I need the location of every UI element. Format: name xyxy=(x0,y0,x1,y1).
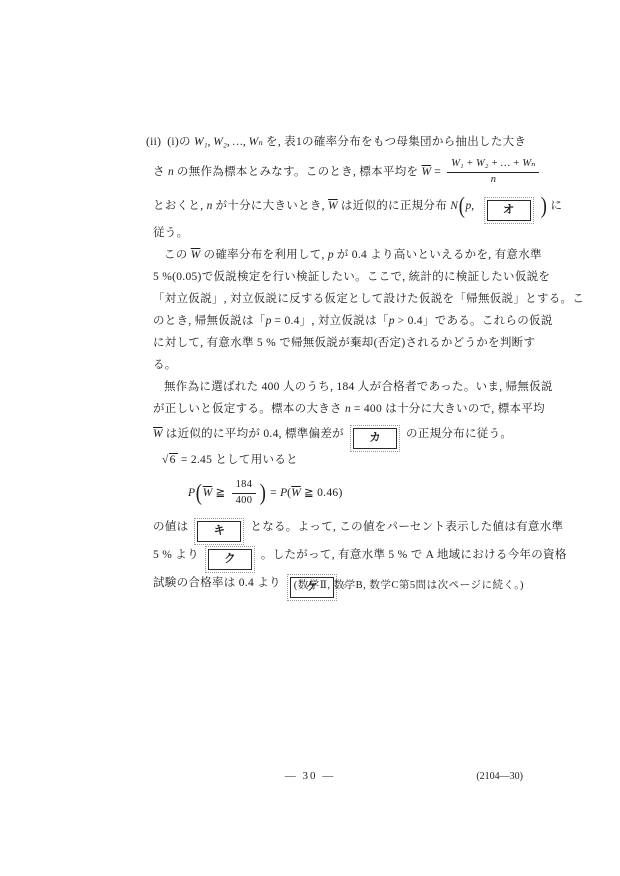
para2-line5: に対して, 有意水準 5 % で帰無仮説が棄却(否定)されるかどうかを判断す xyxy=(146,332,538,354)
math-var-N: N xyxy=(450,200,458,212)
closing-line2: 5 % よりク。したがって, 有意水準 5 % で A 地域における今年の資格 xyxy=(146,541,538,569)
para1-line3: とおくと, n が十分に大きいとき, W は近似的に正規分布 N(p, オ) に xyxy=(146,191,538,222)
para2-line2: 5 %(0.05)で仮説検定を行い検証したい。ここで, 統計的に検証したい仮説を xyxy=(146,266,538,288)
text-run: の確率分布を利用して, xyxy=(200,249,328,261)
text-run: 。したがって, 有意水準 5 % で A 地域における今年の資格 xyxy=(261,549,567,561)
text-run: は近似的に正規分布 xyxy=(338,200,451,212)
sample-mean-fraction: W₁ + W₂ + … + Wₙn xyxy=(447,158,539,186)
document-code: (2104—30) xyxy=(476,771,523,782)
wbar-symbol: W xyxy=(191,249,201,261)
fraction-denominator: n xyxy=(447,173,539,187)
text-run: 従う。 xyxy=(153,227,188,239)
answer-box-ku: ク xyxy=(208,549,252,570)
para2-line3: 「対立仮説」, 対立仮説に反する仮定として設けた仮説を「帰無仮説」とする。こ xyxy=(146,288,538,310)
text-run: の値は xyxy=(153,521,188,533)
wbar-symbol: W xyxy=(291,487,301,499)
text-run: は近似的に平均が 0.4, 標準偏差が xyxy=(163,428,344,440)
text-run: に対して, 有意水準 5 % で帰無仮説が棄却(否定)されるかどうかを判断す xyxy=(153,337,535,349)
text-run: とおくと, xyxy=(153,200,207,212)
text-run: この xyxy=(164,249,191,261)
exam-page: (ii)(i)の W₁, W₂, …, Wₙ を, 表1の確率分布をもつ母集団か… xyxy=(0,0,620,876)
fraction-numerator: W₁ + W₂ + … + Wₙ xyxy=(447,158,539,173)
text-run: 「対立仮説」, 対立仮説に反する仮定として設けた仮説を「帰無仮説」とする。こ xyxy=(153,293,584,305)
answer-box-o: オ xyxy=(487,200,531,221)
text-run: の正規分布に従う。 xyxy=(406,428,512,440)
para3-line2: が正しいと仮定する。標本の大きさ n = 400 は十分に大きいので, 標本平均 xyxy=(146,398,538,420)
text-run: が正しいと仮定する。標本の大きさ xyxy=(153,403,345,415)
comma: , xyxy=(471,200,477,212)
text-run: 5 % より xyxy=(153,549,199,561)
geq-sign: ≧ xyxy=(212,487,228,499)
equals-sign: = xyxy=(267,487,280,499)
sqrt-line: √6 = 2.45 として用いると xyxy=(146,448,538,473)
para3-line1: 無作為に選ばれた 400 人のうち, 184 人が合格者であった。いま, 帰無仮… xyxy=(146,376,538,398)
radicand: 6 xyxy=(169,453,178,466)
text-run: る。 xyxy=(153,359,177,371)
para1-line2: さ n の無作為標本とみなす。このとき, 標本平均を W = W₁ + W₂ +… xyxy=(146,153,538,191)
radical-sign: √ xyxy=(162,454,169,466)
text-run: が十分に大きいとき, xyxy=(212,200,328,212)
math-vars-w-sequence: W₁, W₂, …, Wₙ xyxy=(194,136,263,148)
probability-formula: P(W ≧ 184400) = P(W ≧ 0.46) xyxy=(146,473,538,513)
wbar-symbol: W xyxy=(153,428,163,440)
fraction-numerator: 184 xyxy=(232,479,257,494)
wbar-symbol: W xyxy=(203,487,213,499)
para1-line1: (ii)(i)の W₁, W₂, …, Wₙ を, 表1の確率分布をもつ母集団か… xyxy=(146,131,538,153)
text-run: のとき, 帰無仮説は「 xyxy=(153,315,266,327)
probability-fraction: 184400 xyxy=(232,479,257,507)
text-run: > 0.4」である。これらの仮説 xyxy=(394,315,552,327)
text-run: に xyxy=(547,200,562,212)
text-run: 試験の合格率は 0.4 より xyxy=(153,577,281,589)
text-run: = 0.4」, 対立仮説は「 xyxy=(271,315,388,327)
para1-line4: 従う。 xyxy=(146,222,538,244)
closing-line1: の値はキとなる。よって, この値をパーセント表示した値は有意水準 xyxy=(146,513,538,541)
text-run: ≧ 0.46) xyxy=(301,487,343,499)
text-run: 5 %(0.05)で仮説検定を行い検証したい。ここで, 統計的に検証したい仮説を xyxy=(153,271,550,283)
para2-line6: る。 xyxy=(146,354,538,376)
text-run: の無作為標本とみなす。このとき, 標本平均を xyxy=(174,166,422,178)
text-run: が 0.4 より高いといえるかを, 有意水準 xyxy=(334,249,542,261)
fraction-denominator: 400 xyxy=(232,494,257,508)
para2-line1: この W の確率分布を利用して, p が 0.4 より高いといえるかを, 有意水… xyxy=(146,244,538,266)
wbar-symbol: W xyxy=(422,166,432,178)
item-marker-ii: (ii) xyxy=(146,131,161,153)
text-run: = 400 は十分に大きいので, 標本平均 xyxy=(351,403,545,415)
text-run: さ xyxy=(153,166,168,178)
problem-body: (ii)(i)の W₁, W₂, …, Wₙ を, 表1の確率分布をもつ母集団か… xyxy=(146,131,538,597)
para3-line3: W は近似的に平均が 0.4, 標準偏差がカの正規分布に従う。 xyxy=(146,420,538,448)
text-run: (i)の xyxy=(167,136,194,148)
text-run: 無作為に選ばれた 400 人のうち, 184 人が合格者であった。いま, 帰無仮… xyxy=(164,381,553,393)
text-run: = 2.45 として用いると xyxy=(178,454,298,466)
continuation-note: (数学Ⅱ, 数学B, 数学C第5問は次ページに続く。) xyxy=(294,577,524,592)
page-number: — 30 — xyxy=(0,770,620,782)
text-run: となる。よって, この値をパーセント表示した値は有意水準 xyxy=(250,521,563,533)
equals-sign: = xyxy=(431,166,444,178)
answer-box-ka: カ xyxy=(353,428,397,449)
wbar-symbol: W xyxy=(328,200,338,212)
para2-line4: のとき, 帰無仮説は「p = 0.4」, 対立仮説は「p > 0.4」である。こ… xyxy=(146,310,538,332)
text-run: を, 表1の確率分布をもつ母集団から抽出した大き xyxy=(263,136,526,148)
answer-box-ki: キ xyxy=(197,521,241,542)
math-var-P: P xyxy=(188,487,195,499)
